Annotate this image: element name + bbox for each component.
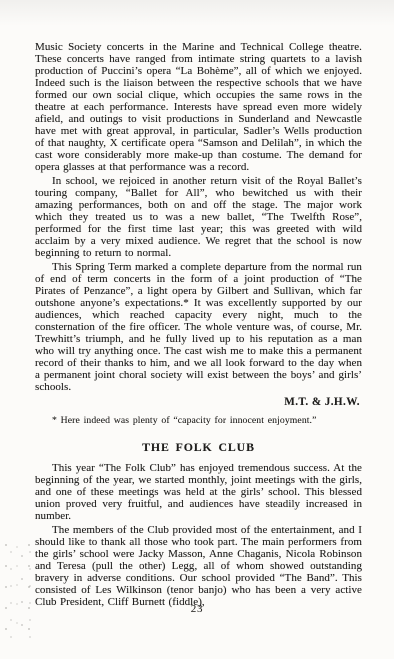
folk-club-paragraph-2: The members of the Club provided most of…: [35, 525, 362, 609]
author-initials-signature: M.T. & J.H.W.: [35, 396, 360, 408]
page-number: 23: [0, 603, 394, 615]
scan-noise-artifact: [3, 541, 31, 640]
page-text-block: Music Society concerts in the Marine and…: [35, 42, 362, 612]
magazine-scanned-page: Music Society concerts in the Marine and…: [0, 0, 394, 659]
folk-club-paragraph-1: This year “The Folk Club” has enjoyed tr…: [35, 463, 362, 523]
folk-club-heading: THE FOLK CLUB: [35, 441, 362, 454]
footnote: * Here indeed was plenty of “capacity fo…: [35, 415, 362, 426]
music-society-paragraph-1: Music Society concerts in the Marine and…: [35, 42, 362, 173]
music-society-paragraph-2: In school, we rejoiced in another return…: [35, 176, 362, 260]
music-society-paragraph-3: This Spring Term marked a complete depar…: [35, 262, 362, 393]
